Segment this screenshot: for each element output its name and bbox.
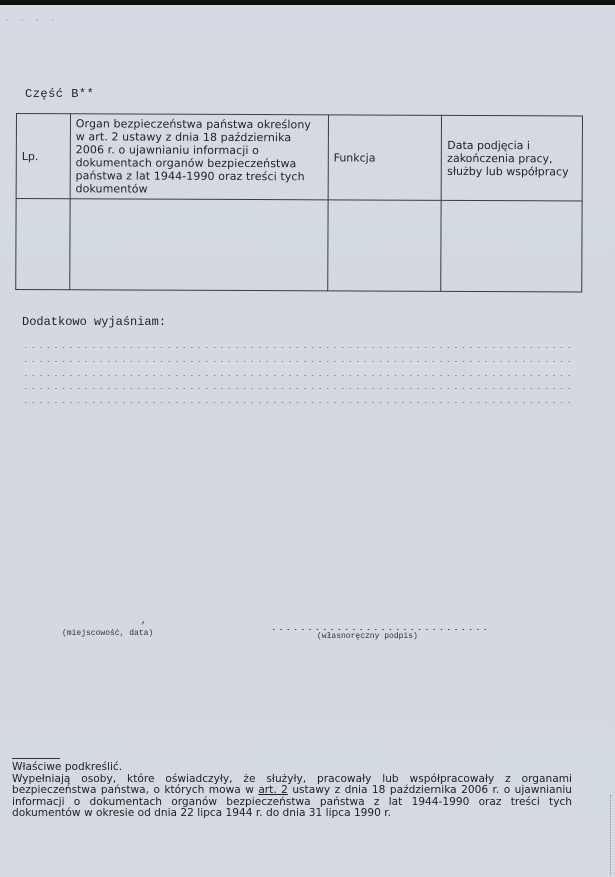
dotted-line[interactable] <box>22 390 574 403</box>
dotted-line[interactable] <box>22 335 574 348</box>
signature-field[interactable]: (własnoręczny podpis) <box>270 620 500 641</box>
place-date-field[interactable]: , (miejscowość, data) <box>46 610 196 638</box>
header-organ-text: Organ bezpieczeństwa państwa określony w… <box>75 117 311 195</box>
scan-specks: · · · · <box>5 17 58 24</box>
table-header-row: Lp. Organ bezpieczeństwa państwa określo… <box>16 114 582 201</box>
cell-function[interactable] <box>328 200 442 291</box>
footnote-2: Wypełniają osoby, które oświadczyły, że … <box>12 774 572 820</box>
signature-caption: (własnoręczny podpis) <box>317 632 500 641</box>
cell-dates[interactable] <box>441 200 582 292</box>
place-dots[interactable] <box>46 615 141 625</box>
dotted-line[interactable] <box>22 376 574 389</box>
dotted-line[interactable] <box>22 349 574 362</box>
header-dates: Data podjęcia i zakończenia pracy, służb… <box>442 115 583 201</box>
article-link[interactable]: art. 2 <box>258 784 288 796</box>
scan-edge-mark <box>610 795 612 875</box>
date-dots[interactable] <box>154 615 190 625</box>
cell-lp[interactable] <box>16 199 70 290</box>
footnotes: Właściwe podkreślić. Wypełniają osoby, k… <box>12 762 572 820</box>
signature-dots[interactable] <box>270 620 490 630</box>
dotted-line[interactable] <box>22 363 574 376</box>
separator-comma: , <box>141 616 146 626</box>
place-date-caption: (miejscowość, data) <box>62 629 196 638</box>
explanation-lines[interactable] <box>22 335 574 404</box>
cell-organ[interactable] <box>70 199 328 291</box>
explanation-label: Dodatkowo wyjaśniam: <box>22 315 166 329</box>
footnote-rule <box>12 758 60 759</box>
document-page: · · · · Część B** Lp. Organ bezpieczeńst… <box>0 5 615 877</box>
header-organ: Organ bezpieczeństwa państwa określony w… <box>70 114 328 200</box>
table-row <box>16 199 582 292</box>
header-function: Funkcja <box>328 115 442 200</box>
header-lp: Lp. <box>16 114 70 199</box>
section-title: Część B** <box>25 87 94 101</box>
service-table: Lp. Organ bezpieczeństwa państwa określo… <box>15 113 583 292</box>
